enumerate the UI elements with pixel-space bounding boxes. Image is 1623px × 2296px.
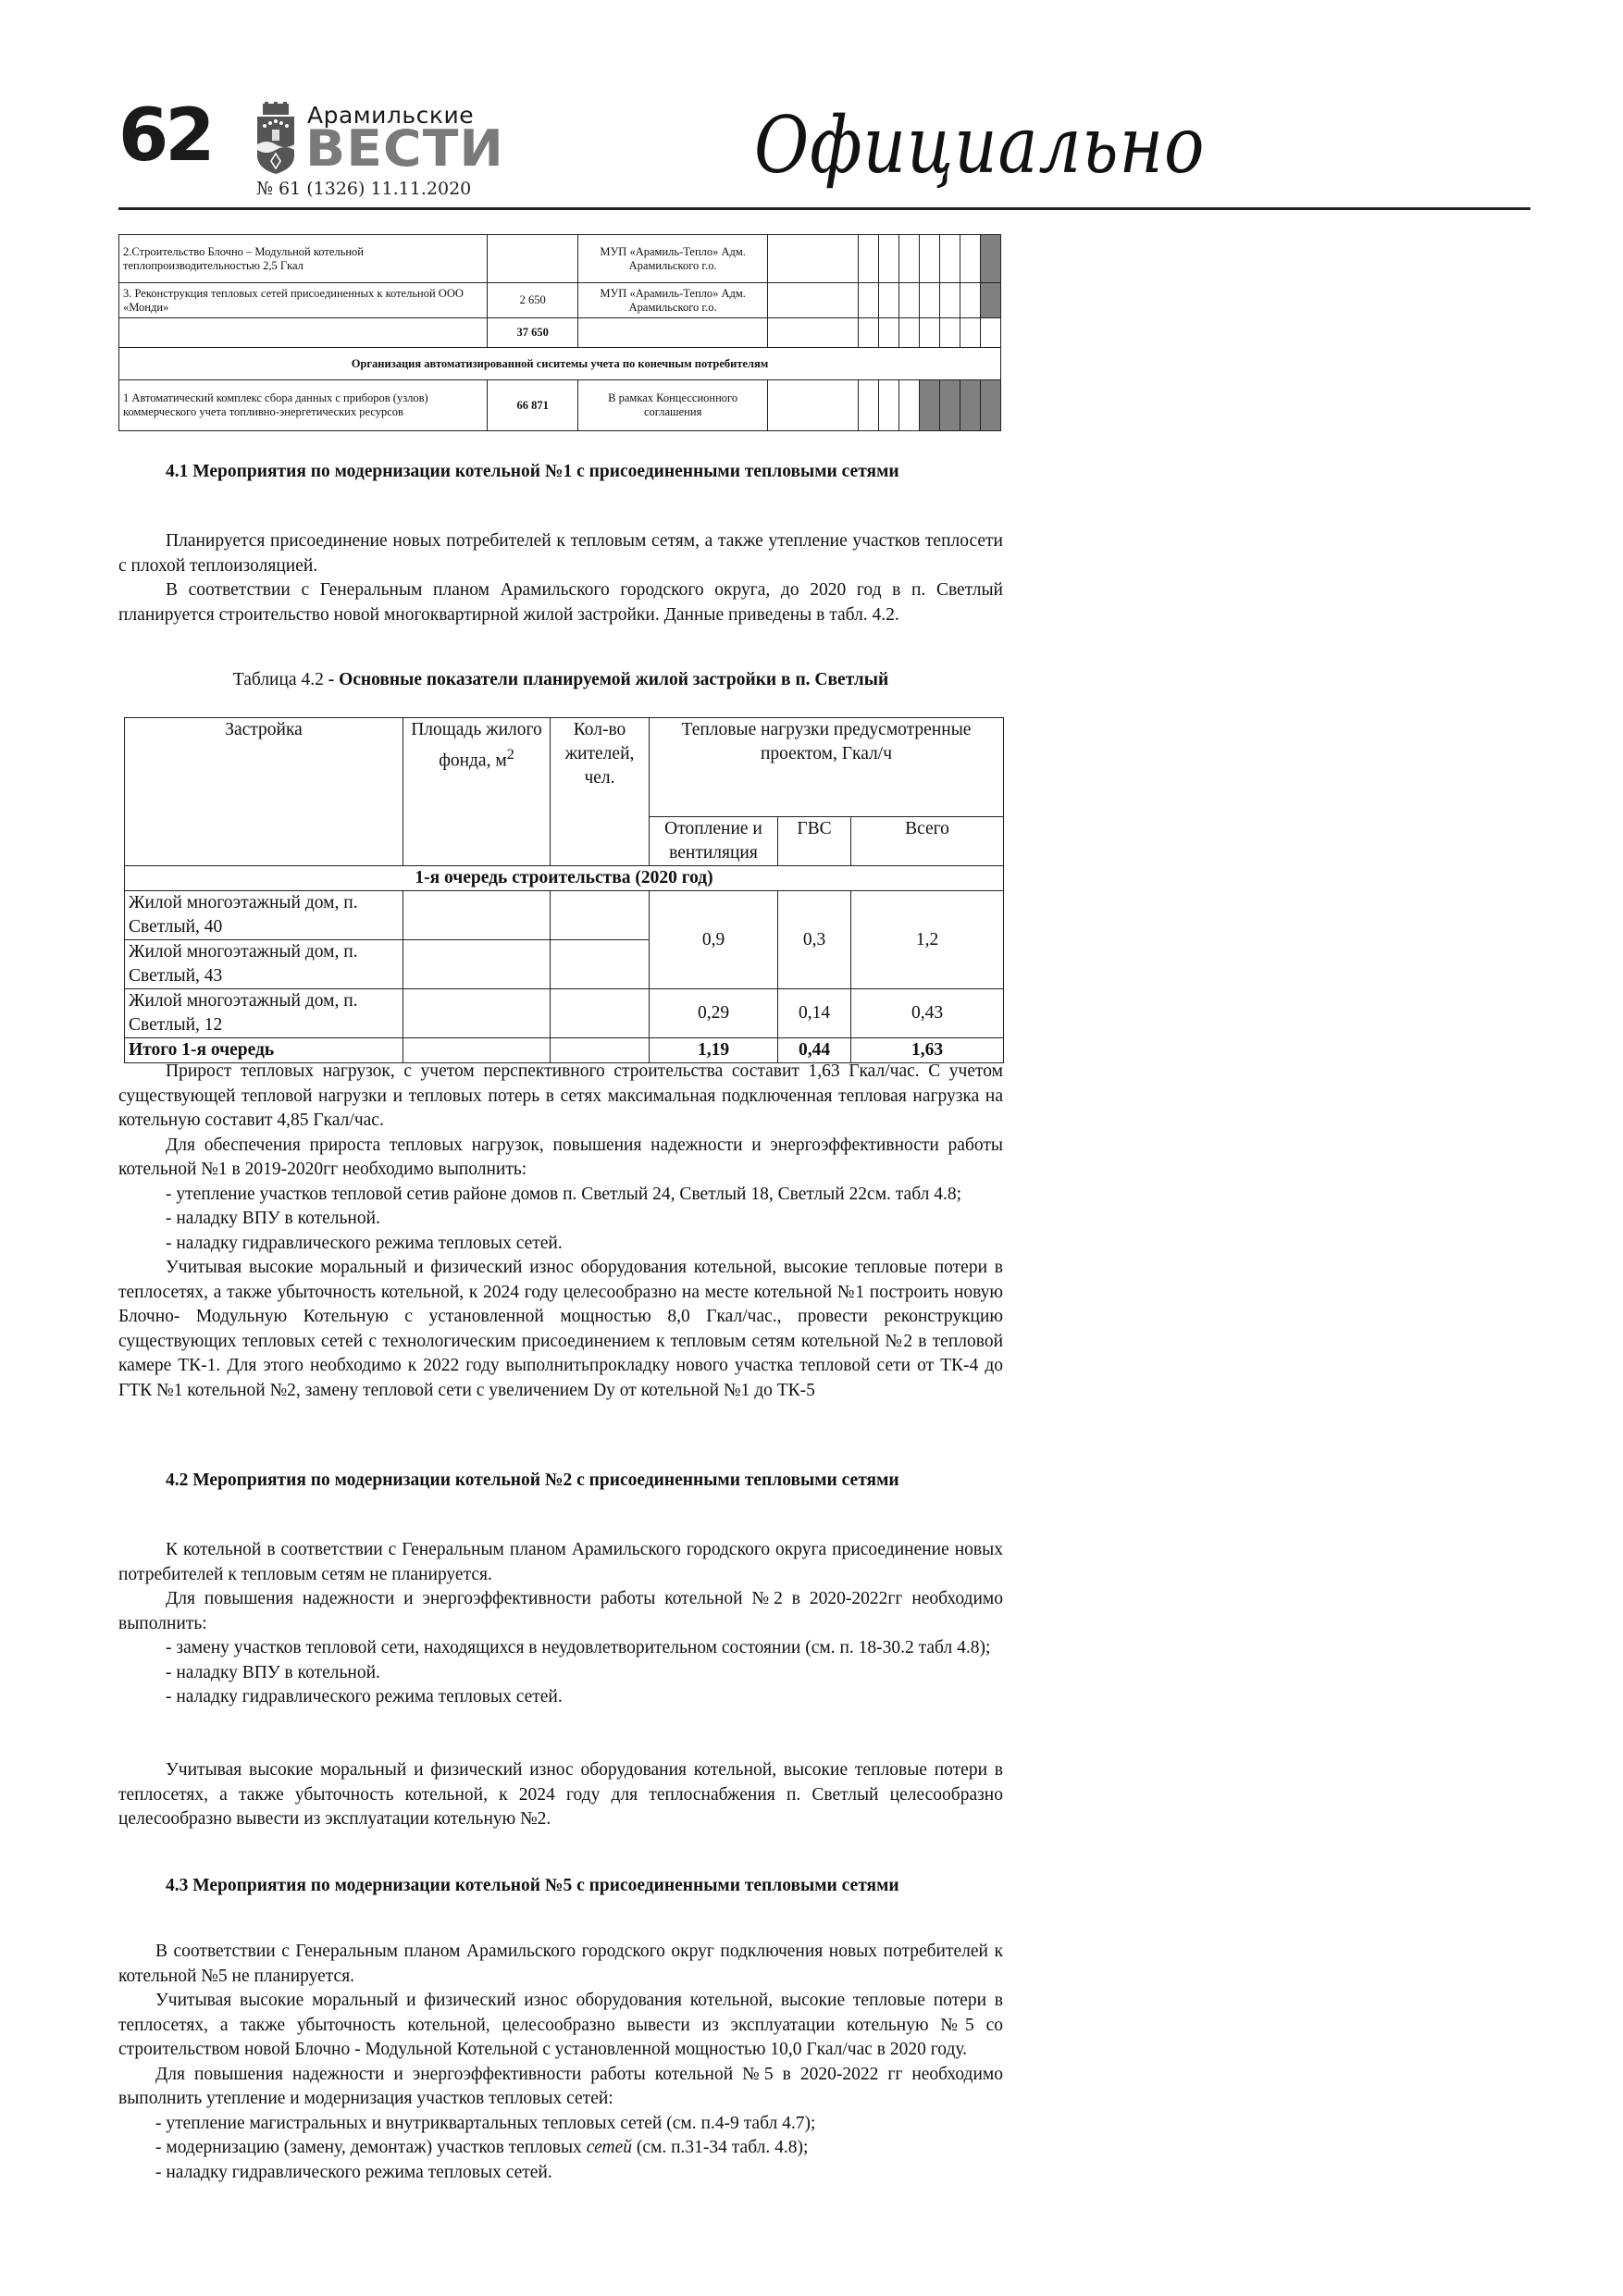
list-item: - наладку ВПУ в котельной. xyxy=(118,1661,1003,1686)
schedule-cell xyxy=(898,235,919,283)
paragraph: Учитывая высокие моральный и физический … xyxy=(118,1256,1003,1403)
list-item: - утепление магистральных и внутрикварта… xyxy=(118,2112,1003,2137)
schedule-cell xyxy=(858,318,878,348)
schedule-cell xyxy=(898,318,919,348)
section-4-2-body: К котельной в соответствии с Генеральным… xyxy=(118,1538,1003,1710)
cell-sum: 66 871 xyxy=(488,380,578,431)
schedule-cell xyxy=(878,235,898,283)
housing-table: Застройка Площадь жилого фонда, м2 Кол-в… xyxy=(124,717,1004,1063)
schedule-cell xyxy=(858,235,878,283)
section-4-2: 4.2 Мероприятия по модернизации котельно… xyxy=(118,1469,1003,1494)
schedule-cell xyxy=(939,283,960,318)
cell-heating: 0,9 xyxy=(650,891,778,989)
header-loads: Тепловые нагрузки предусмотренные проект… xyxy=(650,718,1004,817)
header-building: Застройка xyxy=(125,718,403,866)
cell-total: 0,43 xyxy=(851,989,1004,1038)
section-heading: 4.2 Мероприятия по модернизации котельно… xyxy=(118,1469,1003,1494)
cell-executor: МУП «Арамиль-Тепло» Адм. Арамильского г.… xyxy=(577,235,767,283)
section-4-1: 4.1 Мероприятия по модернизации котельно… xyxy=(118,460,1003,485)
schedule-cell xyxy=(878,318,898,348)
paragraph: В соответствии с Генеральным планом Арам… xyxy=(118,578,1003,627)
list-item: - наладку ВПУ в котельной. xyxy=(118,1207,1003,1232)
cell-empty xyxy=(768,380,859,431)
header-area: Площадь жилого фонда, м2 xyxy=(403,718,551,866)
paragraph: Прирост тепловых нагрузок, с учетом перс… xyxy=(118,1060,1003,1134)
cell-sum: 2 650 xyxy=(488,283,578,318)
schedule-cell xyxy=(919,283,939,318)
table-row: 37 650 xyxy=(119,318,1001,348)
cell-executor: МУП «Арамиль-Тепло» Адм. Арамильского г.… xyxy=(577,283,767,318)
cell-description: 1 Автоматический комплекс сбора данных с… xyxy=(119,380,488,431)
table-row: 1 Автоматический комплекс сбора данных с… xyxy=(119,380,1001,431)
list-item: - наладку гидравлического режима тепловы… xyxy=(118,1232,1003,1257)
cell-residents xyxy=(551,989,650,1038)
cell-empty xyxy=(768,235,859,283)
section-4-3: 4.3 Мероприятия по модернизации котельно… xyxy=(118,1874,1003,1899)
schedule-cell xyxy=(858,380,878,431)
cell-area xyxy=(403,891,551,940)
schedule-cell xyxy=(960,283,980,318)
cell-description xyxy=(119,318,488,348)
paragraph: В соответствии с Генеральным планом Арам… xyxy=(118,1940,1003,1989)
cell-area xyxy=(403,940,551,989)
section-heading: 4.1 Мероприятия по модернизации котельно… xyxy=(118,460,1003,485)
schedule-cell-filled xyxy=(980,283,1000,318)
schedule-cell xyxy=(919,235,939,283)
paragraph: Учитывая высокие моральный и физический … xyxy=(118,1758,1003,1832)
schedule-cell xyxy=(878,283,898,318)
list-item: - замену участков тепловой сети, находящ… xyxy=(118,1636,1003,1661)
page-number: 62 xyxy=(118,100,212,172)
schedule-cell-filled xyxy=(960,380,980,431)
schedule-cell-filled xyxy=(980,235,1000,283)
paragraph: К котельной в соответствии с Генеральным… xyxy=(118,1538,1003,1587)
cell-residents xyxy=(551,891,650,940)
cell-heating: 0,29 xyxy=(650,989,778,1038)
paragraph: Учитывая высокие моральный и физический … xyxy=(118,1989,1003,2063)
cell-building: Жилой многоэтажный дом, п. Светлый, 40 xyxy=(125,891,403,940)
table-caption-prefix: Таблица 4.2 xyxy=(233,670,324,689)
measures-table: 2.Строительство Блочно – Модульной котел… xyxy=(118,234,1001,431)
group-row: 1-я очередь строительства (2020 год) xyxy=(125,866,1004,891)
cell-hws: 0,14 xyxy=(778,989,851,1038)
paragraph: Планируется присоединение новых потребит… xyxy=(118,529,1003,578)
cell-description: 3. Реконструкция тепловых сетей присоеди… xyxy=(119,283,488,318)
paragraph: Для обеспечения прироста тепловых нагруз… xyxy=(118,1134,1003,1183)
section-title: Официально xyxy=(754,106,1205,184)
header-hws: ГВС xyxy=(778,817,851,866)
header-total: Всего xyxy=(851,817,1004,866)
header-heating: Отопление и вентиляция xyxy=(650,817,778,866)
cell-empty xyxy=(768,283,859,318)
cell-empty xyxy=(768,318,859,348)
coat-of-arms-icon xyxy=(255,102,296,176)
schedule-cell xyxy=(960,235,980,283)
table-row: Жилой многоэтажный дом, п. Светлый, 40 0… xyxy=(125,891,1004,940)
table-row: 3. Реконструкция тепловых сетей присоеди… xyxy=(119,283,1001,318)
cell-hws: 0,3 xyxy=(778,891,851,989)
list-item: - наладку гидравлического режима тепловы… xyxy=(118,1685,1003,1710)
cell-building: Жилой многоэтажный дом, п. Светлый, 12 xyxy=(125,989,403,1038)
paragraph: Для повышения надежности и энергоэффекти… xyxy=(118,1587,1003,1636)
schedule-cell xyxy=(939,318,960,348)
table-row: 2.Строительство Блочно – Модульной котел… xyxy=(119,235,1001,283)
cell-area xyxy=(403,989,551,1038)
cell-residents xyxy=(551,940,650,989)
list-item: - модернизацию (замену, демонтаж) участк… xyxy=(118,2136,1003,2161)
schedule-cell-filled xyxy=(980,380,1000,431)
section-4-1-body: Планируется присоединение новых потребит… xyxy=(118,529,1003,627)
list-item: - утепление участков тепловой сетив райо… xyxy=(118,1183,1003,1208)
cell-executor: В рамках Концессионного соглашения xyxy=(577,380,767,431)
schedule-cell-filled xyxy=(939,380,960,431)
schedule-cell xyxy=(898,380,919,431)
schedule-cell xyxy=(919,318,939,348)
cell-executor xyxy=(577,318,767,348)
schedule-cell xyxy=(858,283,878,318)
table-caption-title: - Основные показатели планируемой жилой … xyxy=(324,670,888,689)
schedule-cell xyxy=(939,235,960,283)
schedule-cell xyxy=(980,318,1000,348)
cell-description: 2.Строительство Блочно – Модульной котел… xyxy=(119,235,488,283)
list-item: - наладку гидравлического режима тепловы… xyxy=(118,2161,1003,2186)
cell-total: 1,2 xyxy=(851,891,1004,989)
schedule-cell-filled xyxy=(919,380,939,431)
cell-sum xyxy=(488,235,578,283)
schedule-cell xyxy=(898,283,919,318)
cell-building: Жилой многоэтажный дом, п. Светлый, 43 xyxy=(125,940,403,989)
header-residents: Кол-во жителей, чел. xyxy=(551,718,650,866)
paragraph: Для повышения надежности и энергоэффекти… xyxy=(118,2063,1003,2112)
section-4-3-body: В соответствии с Генеральным планом Арам… xyxy=(118,1940,1003,2185)
issue-number: № 61 (1326) 11.11.2020 xyxy=(256,180,471,198)
section-heading: 4.3 Мероприятия по модернизации котельно… xyxy=(118,1874,1003,1899)
section-4-1-continued: Прирост тепловых нагрузок, с учетом перс… xyxy=(118,1060,1003,1403)
schedule-cell xyxy=(960,318,980,348)
table-row: Жилой многоэтажный дом, п. Светлый, 12 0… xyxy=(125,989,1004,1038)
section-4-2-conclusion: Учитывая высокие моральный и физический … xyxy=(118,1758,1003,1832)
logo-wordmark-main: ВЕСТИ xyxy=(305,124,504,174)
table-caption: Таблица 4.2 - Основные показатели планир… xyxy=(118,668,1003,692)
cell-sum: 37 650 xyxy=(488,318,578,348)
schedule-cell xyxy=(878,380,898,431)
header-divider xyxy=(118,207,1530,210)
section-heading-row: Организация автоматизированной сиситемы … xyxy=(119,348,1001,380)
